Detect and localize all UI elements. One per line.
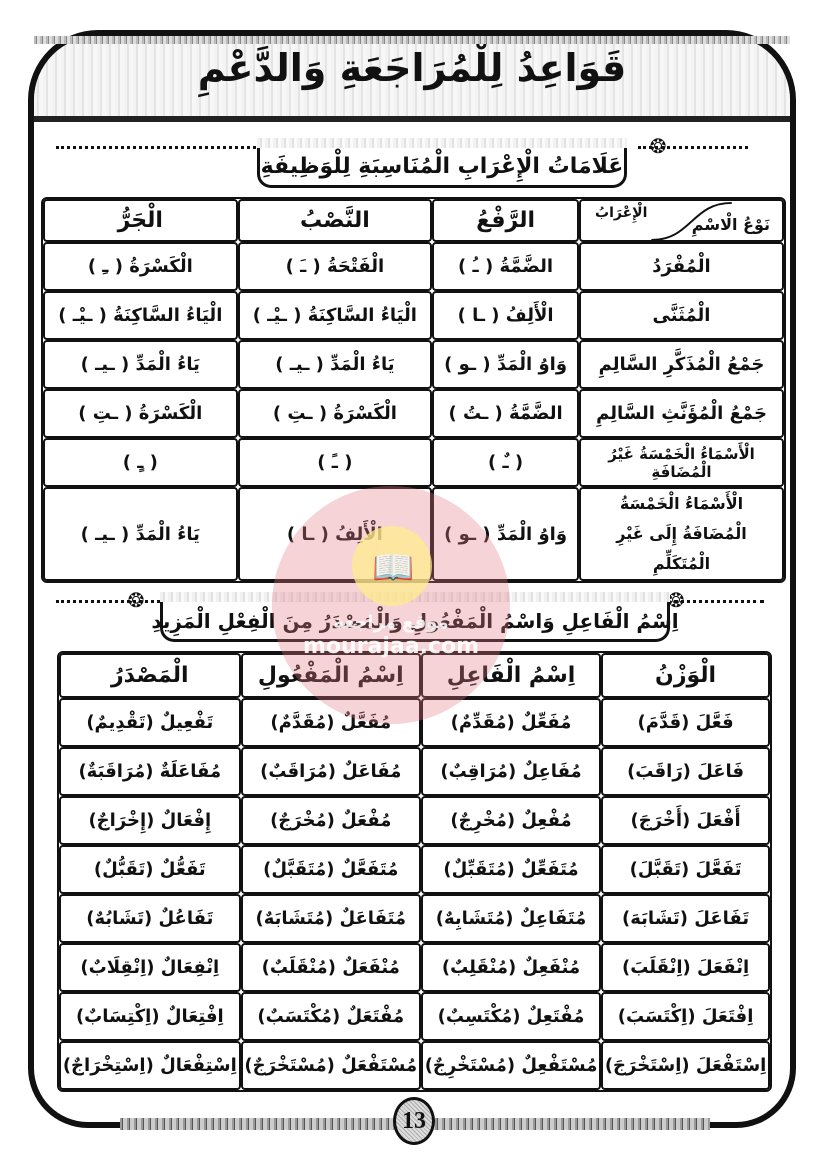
section-heading-irab: عَلَامَاتُ الْإِعْرَابِ الْمُنَاسِبَةِ ل… xyxy=(257,148,627,188)
column-header-ism-fael: اِسْمُ الْفَاعِلِ xyxy=(421,653,601,698)
cell-masdar: تَفَعُّلٌ (تَقَبُّلٌ) xyxy=(59,845,241,894)
cell-nasb: الْيَاءُ السَّاكِنَةُ ( ـيْـ ) xyxy=(238,291,433,340)
cell-masdar: اِفْتِعَالٌ (اِكْتِسَابٌ) xyxy=(59,992,241,1041)
ornament-icon: ❂ xyxy=(124,588,148,612)
table-row: فَاعَلَ (رَاقَبَ) مُفَاعِلٌ (مُرَاقِبٌ) … xyxy=(59,747,770,796)
column-header-ism-mafool: اِسْمُ الْمَفْعُولِ xyxy=(241,653,421,698)
table-row: اِفْتَعَلَ (اِكْتَسَبَ) مُفْتَعِلٌ (مُكْ… xyxy=(59,992,770,1041)
cell-fael: مُتَفَعِّلٌ (مُتَقَبِّلٌ) xyxy=(421,845,601,894)
table-row: الْأَسْمَاءُ الْخَمْسَةُ الْمُضَافَةُ إِ… xyxy=(43,487,784,581)
cell-raf: الْأَلِفُ ( ـا ) xyxy=(432,291,579,340)
cell-raf: ( ـٌ ) xyxy=(432,438,579,487)
cell-fael: مُفْتَعِلٌ (مُكْتَسِبٌ) xyxy=(421,992,601,1041)
cell-fael: مُتَفَاعِلٌ (مُتَشَابِهٌ) xyxy=(421,894,601,943)
row-label: الْمُثَنَّى xyxy=(579,291,784,340)
cell-mafool: مُسْتَفْعَلٌ (مُسْتَخْرَجٌ) xyxy=(241,1041,421,1090)
cell-nasb: يَاءُ الْمَدِّ ( ـيـ ) xyxy=(238,340,433,389)
cell-mafool: مُفَاعَلٌ (مُرَاقَبٌ) xyxy=(241,747,421,796)
title-band: قَوَاعِدُ لِلْمُرَاجَعَةِ وَالدَّعْمِ xyxy=(34,36,790,122)
cell-mafool: مُفْعَلٌ (مُخْرَجٌ) xyxy=(241,796,421,845)
cell-masdar: إِفْعَالٌ (إِخْرَاجٌ) xyxy=(59,796,241,845)
cell-nasb: ( ـً ) xyxy=(238,438,433,487)
ornament-icon: ❂ xyxy=(646,134,670,158)
cell-mafool: مُنْفَعَلٌ (مُنْقَلَبٌ) xyxy=(241,943,421,992)
cell-fael: مُنْفَعِلٌ (مُنْقَلِبٌ) xyxy=(421,943,601,992)
row-label: جَمْعُ الْمُؤَنَّثِ السَّالِمِ xyxy=(579,389,784,438)
cell-mafool: مُفْتَعَلٌ (مُكْتَسَبٌ) xyxy=(241,992,421,1041)
cell-wazn: تَفَعَّلَ (تَقَبَّلَ) xyxy=(601,845,770,894)
cell-wazn: اِنْفَعَلَ (اِنْقَلَبَ) xyxy=(601,943,770,992)
cell-masdar: اِنْفِعَالٌ (اِنْقِلَابٌ) xyxy=(59,943,241,992)
cell-masdar: تَفْعِيلٌ (تَقْدِيمٌ) xyxy=(59,698,241,747)
derivatives-table: الْوَزْنُ اِسْمُ الْفَاعِلِ اِسْمُ الْمَ… xyxy=(57,651,772,1092)
table-row: جَمْعُ الْمُذَكَّرِ السَّالِمِ وَاوُ الْ… xyxy=(43,340,784,389)
row-label: جَمْعُ الْمُذَكَّرِ السَّالِمِ xyxy=(579,340,784,389)
cell-wazn: فَعَّلَ (قَدَّمَ) xyxy=(601,698,770,747)
cell-masdar: اِسْتِفْعَالٌ (اِسْتِخْرَاجٌ) xyxy=(59,1041,241,1090)
cell-raf: الضَّمَّةُ ( ـُ ) xyxy=(432,242,579,291)
page-title: قَوَاعِدُ لِلْمُرَاجَعَةِ وَالدَّعْمِ xyxy=(34,46,790,90)
table-row: الْأَسْمَاءُ الْخَمْسَةُ غَيْرُ الْمُضَا… xyxy=(43,438,784,487)
cell-jar: يَاءُ الْمَدِّ ( ـيـ ) xyxy=(43,487,238,581)
irab-table: نَوْعُ الْاسْمِ الْإِعْرَابُ الرَّفْعُ ا… xyxy=(41,197,786,583)
cell-fael: مُفَاعِلٌ (مُرَاقِبٌ) xyxy=(421,747,601,796)
cell-wazn: اِفْتَعَلَ (اِكْتَسَبَ) xyxy=(601,992,770,1041)
cell-nasb: الْفَتْحَةُ ( ـَ ) xyxy=(238,242,433,291)
cell-mafool: مُتَفَاعَلٌ (مُتَشَابَهٌ) xyxy=(241,894,421,943)
cell-jar: الْكَسْرَةُ ( ـتِ ) xyxy=(43,389,238,438)
cell-jar: الْيَاءُ السَّاكِنَةُ ( ـيْـ ) xyxy=(43,291,238,340)
cell-nasb: الْأَلِفُ ( ـا ) xyxy=(238,487,433,581)
cell-masdar: تَفَاعُلٌ (تَشَابُهٌ) xyxy=(59,894,241,943)
corner-header: نَوْعُ الْاسْمِ الْإِعْرَابُ xyxy=(579,199,784,242)
column-header-jar: الْجَرُّ xyxy=(43,199,238,242)
table-row: اِسْتَفْعَلَ (اِسْتَخْرَجَ) مُسْتَفْعِلٌ… xyxy=(59,1041,770,1090)
cell-fael: مُفْعِلٌ (مُخْرِجٌ) xyxy=(421,796,601,845)
cell-raf: الضَّمَّةُ ( ـتُ ) xyxy=(432,389,579,438)
column-header-raf: الرَّفْعُ xyxy=(432,199,579,242)
table-header-row: الْوَزْنُ اِسْمُ الْفَاعِلِ اِسْمُ الْمَ… xyxy=(59,653,770,698)
cell-fael: مُفَعِّلٌ (مُقَدِّمٌ) xyxy=(421,698,601,747)
table-row: الْمُفْرَدُ الضَّمَّةُ ( ـُ ) الْفَتْحَة… xyxy=(43,242,784,291)
cell-jar: الْكَسْرَةُ ( ـِ ) xyxy=(43,242,238,291)
row-label: الْأَسْمَاءُ الْخَمْسَةُ الْمُضَافَةُ إِ… xyxy=(579,487,784,581)
cell-masdar: مُفَاعَلَةٌ (مُرَاقَبَةٌ) xyxy=(59,747,241,796)
cell-wazn: فَاعَلَ (رَاقَبَ) xyxy=(601,747,770,796)
table-header-row: نَوْعُ الْاسْمِ الْإِعْرَابُ الرَّفْعُ ا… xyxy=(43,199,784,242)
row-label: الْأَسْمَاءُ الْخَمْسَةُ غَيْرُ الْمُضَا… xyxy=(579,438,784,487)
table-row: تَفَاعَلَ (تَشَابَهَ) مُتَفَاعِلٌ (مُتَش… xyxy=(59,894,770,943)
cell-wazn: اِسْتَفْعَلَ (اِسْتَخْرَجَ) xyxy=(601,1041,770,1090)
cell-nasb: الْكَسْرَةُ ( ـتِ ) xyxy=(238,389,433,438)
row-label: الْمُفْرَدُ xyxy=(579,242,784,291)
cell-fael: مُسْتَفْعِلٌ (مُسْتَخْرِجٌ) xyxy=(421,1041,601,1090)
table-row: جَمْعُ الْمُؤَنَّثِ السَّالِمِ الضَّمَّة… xyxy=(43,389,784,438)
cell-wazn: أَفْعَلَ (أَخْرَجَ) xyxy=(601,796,770,845)
cell-raf: وَاوُ الْمَدِّ ( ـو ) xyxy=(432,340,579,389)
page-number: 13 xyxy=(393,1097,435,1145)
cell-wazn: تَفَاعَلَ (تَشَابَهَ) xyxy=(601,894,770,943)
column-header-nasb: النَّصْبُ xyxy=(238,199,433,242)
cell-mafool: مُفَعَّلٌ (مُقَدَّمٌ) xyxy=(241,698,421,747)
column-header-wazn: الْوَزْنُ xyxy=(601,653,770,698)
table-row: اِنْفَعَلَ (اِنْقَلَبَ) مُنْفَعِلٌ (مُنْ… xyxy=(59,943,770,992)
cell-mafool: مُتَفَعَّلٌ (مُتَقَبَّلٌ) xyxy=(241,845,421,894)
table-row: الْمُثَنَّى الْأَلِفُ ( ـا ) الْيَاءُ ال… xyxy=(43,291,784,340)
table-row: تَفَعَّلَ (تَقَبَّلَ) مُتَفَعِّلٌ (مُتَق… xyxy=(59,845,770,894)
cell-jar: ( ـٍ ) xyxy=(43,438,238,487)
cell-raf: وَاوُ الْمَدِّ ( ـو ) xyxy=(432,487,579,581)
cell-jar: يَاءُ الْمَدِّ ( ـيـ ) xyxy=(43,340,238,389)
table-row: فَعَّلَ (قَدَّمَ) مُفَعِّلٌ (مُقَدِّمٌ) … xyxy=(59,698,770,747)
section-heading-derived: اِسْمُ الْفَاعِلِ وَاسْمُ الْمَفْعُولِ و… xyxy=(160,602,670,642)
column-header-masdar: الْمَصْدَرُ xyxy=(59,653,241,698)
table-row: أَفْعَلَ (أَخْرَجَ) مُفْعِلٌ (مُخْرِجٌ) … xyxy=(59,796,770,845)
